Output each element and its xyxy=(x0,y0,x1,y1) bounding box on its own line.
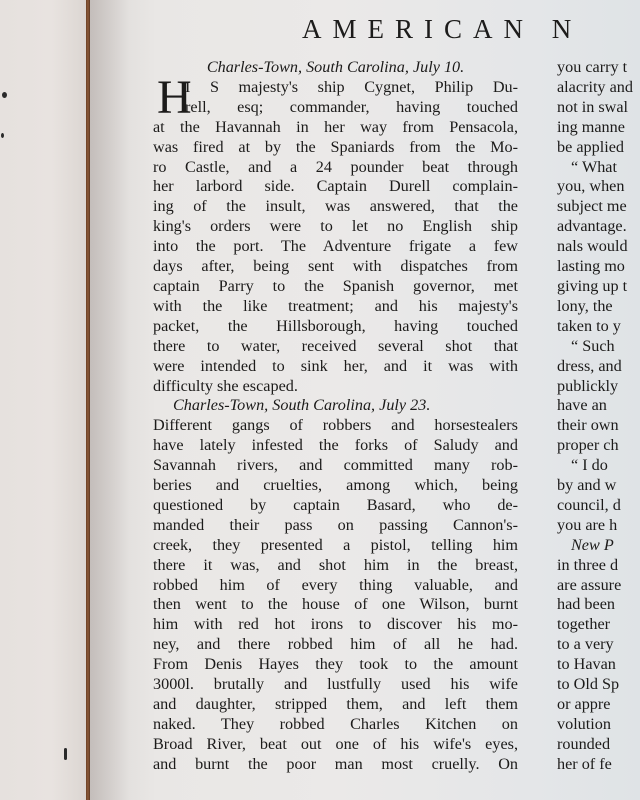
article-line: packet, the Hillsborough, having touched xyxy=(153,317,518,337)
column-line: be applied xyxy=(557,138,640,158)
column-line: alacrity and xyxy=(557,78,640,98)
article-line: and daughter, stripped them, and left th… xyxy=(153,695,518,715)
column-line: are assure xyxy=(557,576,640,596)
column-line: New P xyxy=(557,536,640,556)
column-line: “ Such xyxy=(557,337,640,357)
column-line: nals would xyxy=(557,237,640,257)
article-line: difficulty she escaped. xyxy=(153,377,518,397)
article-line: Different gangs of robbers and horsestea… xyxy=(153,416,518,436)
column-line: you carry t xyxy=(557,58,640,78)
column-line: to Old Sp xyxy=(557,675,640,695)
article-line: Savannah rivers, and committed many rob- xyxy=(153,456,518,476)
column-line: ing manne xyxy=(557,118,640,138)
article-line: with the like treatment; and his majesty… xyxy=(153,297,518,317)
article-line: captain Parry to the Spanish governor, m… xyxy=(153,277,518,297)
article-2-dateline: Charles-Town, South Carolina, July 23. xyxy=(153,396,518,416)
drop-cap: H xyxy=(157,78,192,118)
column-line: her of fe xyxy=(557,755,640,775)
article-line: king's orders were to let no English shi… xyxy=(153,217,518,237)
column-line: you, when xyxy=(557,177,640,197)
right-column-cropped: you carry t alacrity and not in swal ing… xyxy=(557,58,640,775)
ink-speck xyxy=(64,748,67,760)
column-line: had been xyxy=(557,595,640,615)
facing-page-left xyxy=(0,0,86,800)
column-line: together xyxy=(557,615,640,635)
article-line: rell, esq; commander, having touched xyxy=(153,98,518,118)
article-line: and burnt the poor man most cruelly. On xyxy=(153,755,518,775)
ink-speck xyxy=(1,133,4,138)
column-line: “ What xyxy=(557,158,640,178)
column-line: rounded xyxy=(557,735,640,755)
column-line: not in swal xyxy=(557,98,640,118)
article-line: beries and cruelties, among which, being xyxy=(153,476,518,496)
column-line: advantage. xyxy=(557,217,640,237)
article-line: into the port. The Adventure frigate a f… xyxy=(153,237,518,257)
article-line: days after, being sent with dispatches f… xyxy=(153,257,518,277)
column-line: in three d xyxy=(557,556,640,576)
masthead-title: AMERICAN N xyxy=(302,14,582,45)
article-line: I S majesty's ship Cygnet, Philip Du- xyxy=(153,78,518,98)
column-line: lasting mo xyxy=(557,257,640,277)
column-line: giving up t xyxy=(557,277,640,297)
column-line: publickly xyxy=(557,377,640,397)
article-line: From Denis Hayes they took to the amount xyxy=(153,655,518,675)
column-line: dress, and xyxy=(557,357,640,377)
article-line: then went to the house of one Wilson, bu… xyxy=(153,595,518,615)
column-line: proper ch xyxy=(557,436,640,456)
article-line: ney, and there robbed him of all he had. xyxy=(153,635,518,655)
column-line: their own xyxy=(557,416,640,436)
column-line: you are h xyxy=(557,516,640,536)
article-line: there it was, and shot him in the breast… xyxy=(153,556,518,576)
article-line: robbed him of every thing valuable, and xyxy=(153,576,518,596)
column-line: have an xyxy=(557,396,640,416)
column-line: to Havan xyxy=(557,655,640,675)
article-line: her larbord side. Captain Durell complai… xyxy=(153,177,518,197)
column-line: to a very xyxy=(557,635,640,655)
column-line: taken to y xyxy=(557,317,640,337)
column-line: or appre xyxy=(557,695,640,715)
article-line: creek, they presented a pistol, telling … xyxy=(153,536,518,556)
article-line: manded their pass on passing Cannon's- xyxy=(153,516,518,536)
article-line: naked. They robbed Charles Kitchen on xyxy=(153,715,518,735)
article-line: at the Havannah in her way from Pensacol… xyxy=(153,118,518,138)
column-line: volution xyxy=(557,715,640,735)
article-line: there to water, received several shot th… xyxy=(153,337,518,357)
column-line: council, d xyxy=(557,496,640,516)
article-line: were intended to sink her, and it was wi… xyxy=(153,357,518,377)
article-line: Broad River, beat out one of his wife's … xyxy=(153,735,518,755)
ink-speck xyxy=(2,92,7,98)
article-line: ro Castle, and a 24 pounder beat through xyxy=(153,158,518,178)
article-line: 3000l. brutally and lustfully used his w… xyxy=(153,675,518,695)
column-line: by and w xyxy=(557,476,640,496)
column-line: “ I do xyxy=(557,456,640,476)
article-line: him with red hot irons to discover his m… xyxy=(153,615,518,635)
article-line: questioned by captain Basard, who de- xyxy=(153,496,518,516)
article-1-dateline: Charles-Town, South Carolina, July 10. xyxy=(153,58,518,78)
column-line: lony, the xyxy=(557,297,640,317)
article-line: ing of the insult, was answered, that th… xyxy=(153,197,518,217)
column-line: subject me xyxy=(557,197,640,217)
main-column: Charles-Town, South Carolina, July 10. H… xyxy=(153,58,518,775)
article-line: have lately infested the forks of Saludy… xyxy=(153,436,518,456)
article-line: was fired at by the Spaniards from the M… xyxy=(153,138,518,158)
